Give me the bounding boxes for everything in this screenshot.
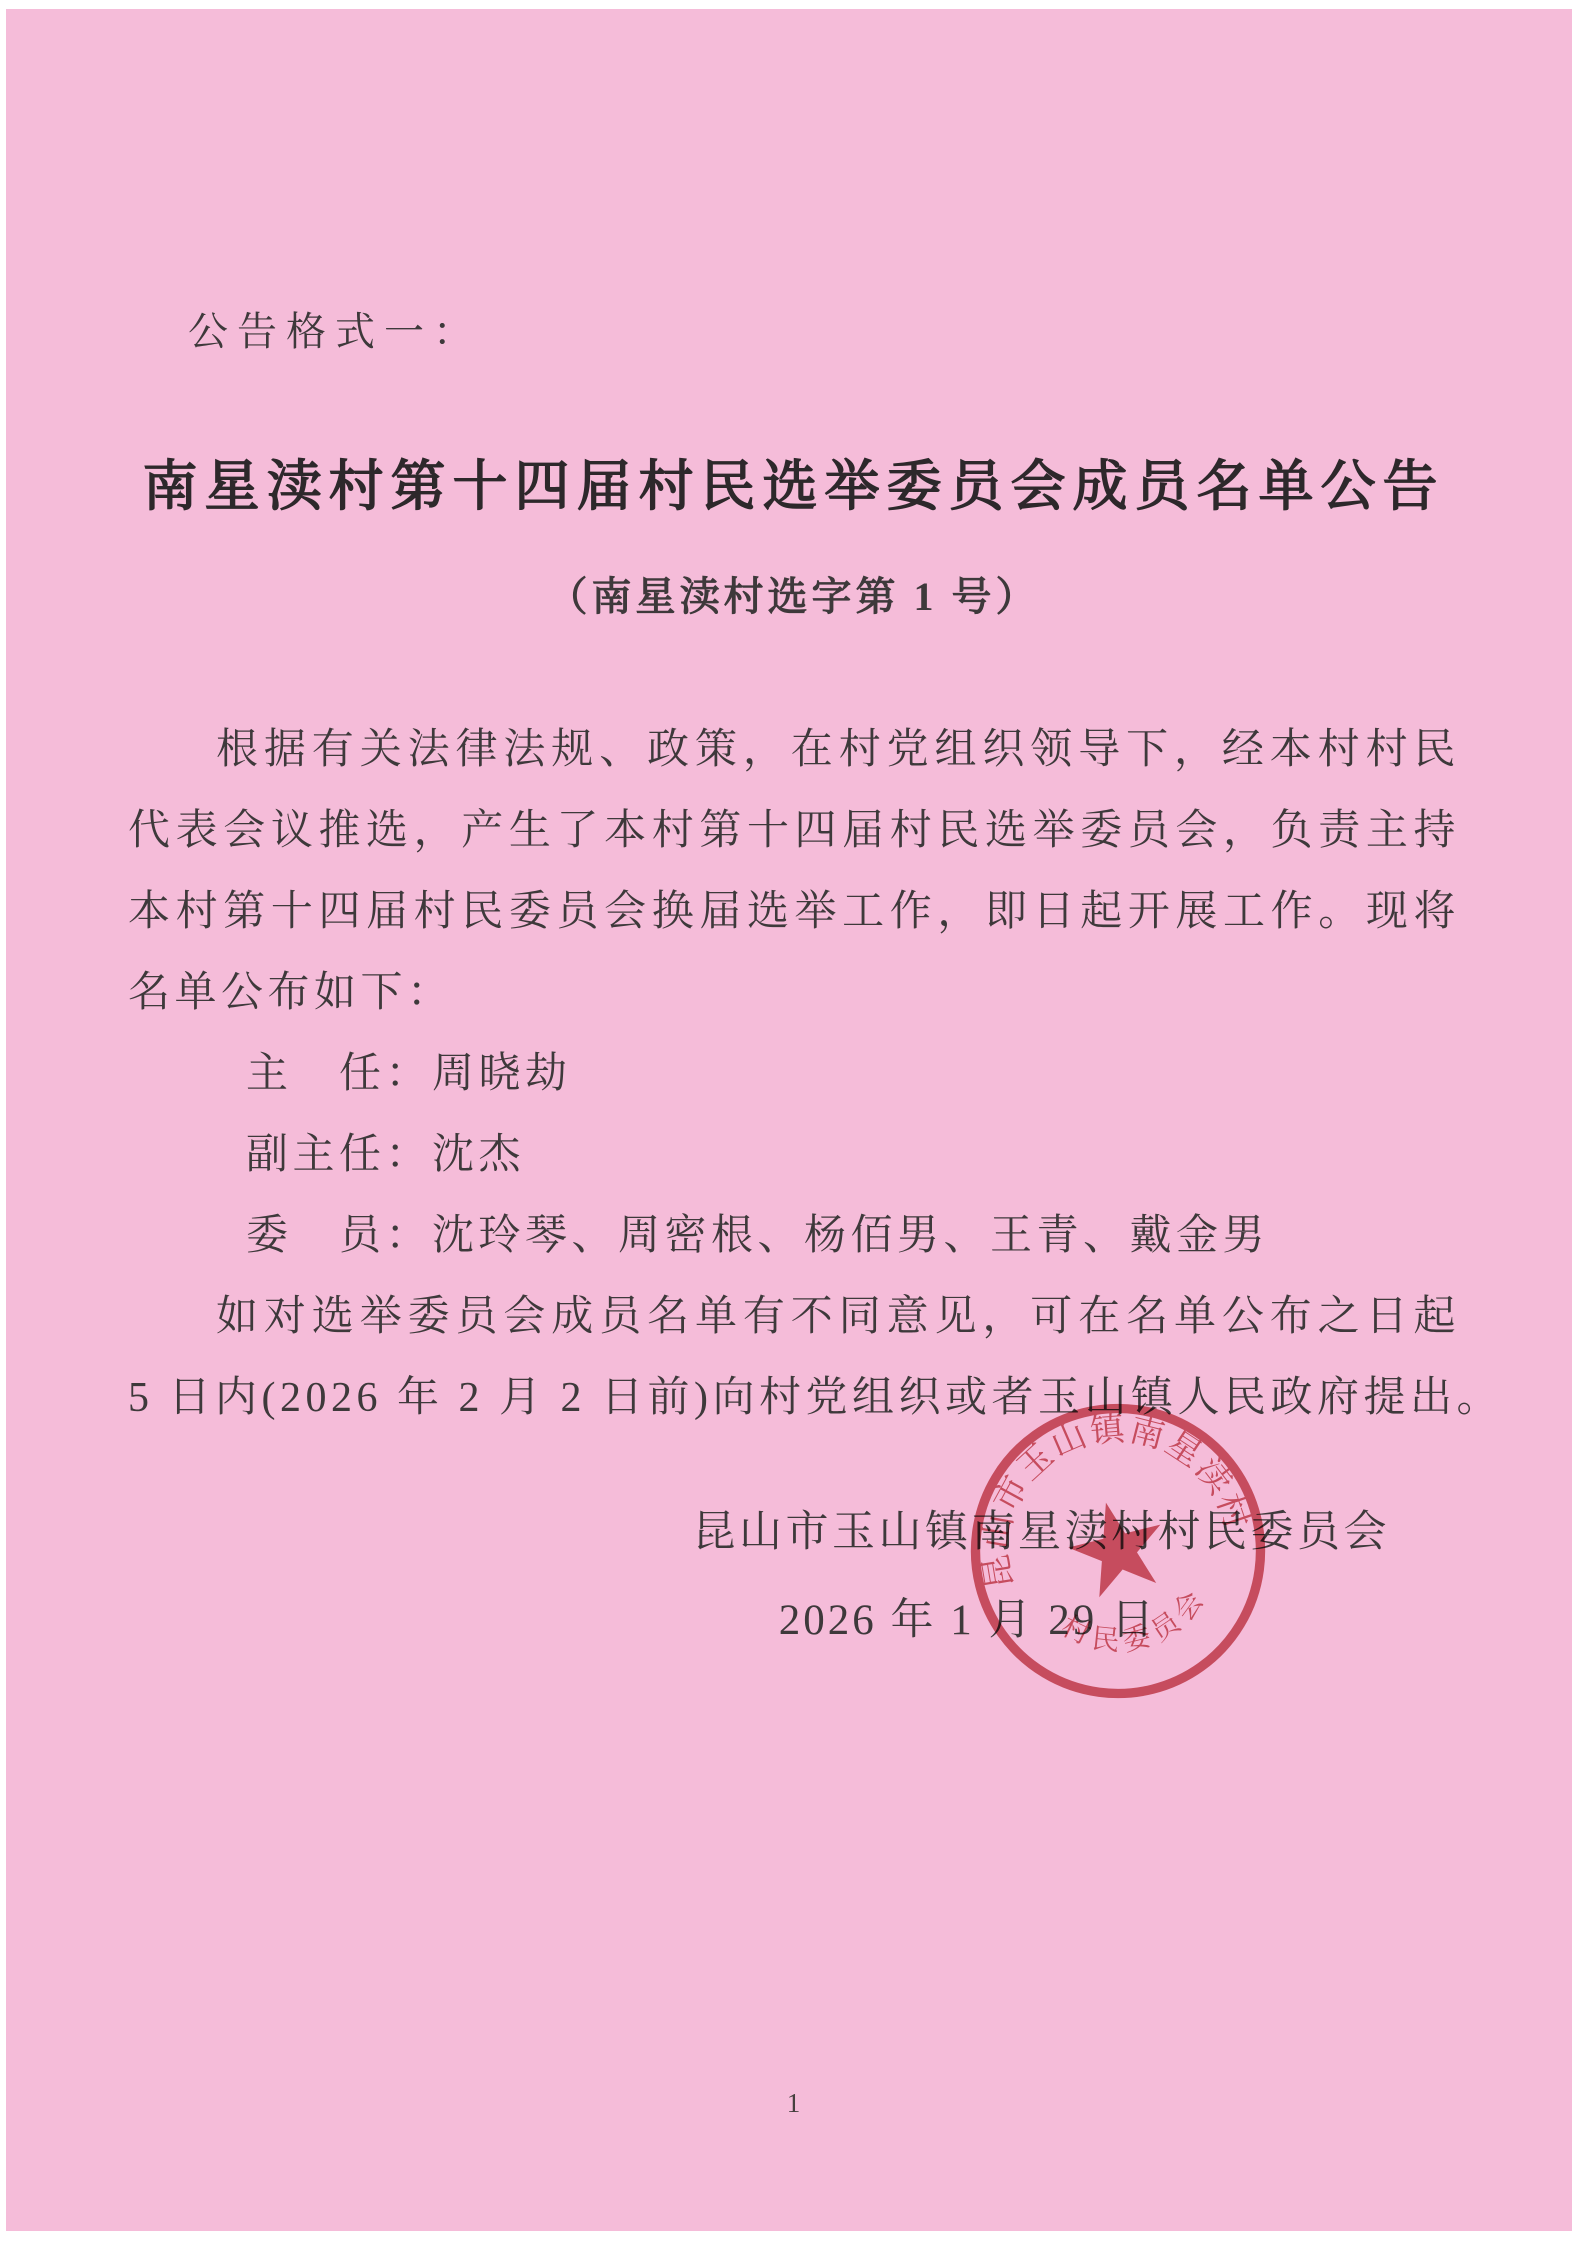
member-names: 沈杰: [432, 1132, 525, 1178]
scanned-announcement-page: 公告格式一： 南星渎村第十四届村民选举委员会成员名单公告 （南星渎村选字第 1 …: [0, 0, 1587, 2242]
format-label: 公告格式一：: [188, 302, 482, 362]
member-role-label: 主 任：: [246, 1051, 432, 1097]
member-role-label: 副主任：: [246, 1132, 432, 1178]
body-line: 本村第十四届村民委员会换届选举工作，即日起开展工作。现将: [128, 872, 1460, 953]
member-names: 沈玲琴、周密根、杨佰男、王青、戴金男: [432, 1213, 1269, 1259]
page-number: 1: [0, 2088, 1587, 2119]
announcement-title: 南星渎村第十四届村民选举委员会成员名单公告: [0, 442, 1587, 521]
official-seal: 昆山市玉山镇南星渎村 村民委员会: [962, 1395, 1274, 1707]
objection-line: 如对选举委员会成员名单有不同意见，可在名单公布之日起: [128, 1277, 1460, 1358]
seal-bottom-text: 村民委员会: [1050, 1576, 1222, 1674]
member-role-label: 委 员：: [246, 1213, 432, 1259]
issuer-signature: 昆山市玉山镇南星渎村村民委员会: [0, 1500, 1587, 1566]
body-line: 名单公布如下：: [128, 953, 1460, 1034]
member-row-committee: 委 员：沈玲琴、周密根、杨佰男、王青、戴金男: [128, 1196, 1460, 1277]
member-names: 周晓劫: [432, 1051, 572, 1097]
body-line: 代表会议推选，产生了本村第十四届村民选举委员会，负责主持: [128, 791, 1460, 872]
document-number: （南星渎村选字第 1 号）: [0, 565, 1587, 622]
body-line: 根据有关法律法规、政策，在村党组织领导下，经本村村民: [128, 710, 1460, 791]
member-row-chairman: 主 任：周晓劫: [128, 1034, 1460, 1115]
member-row-vice-chairman: 副主任：沈杰: [128, 1115, 1460, 1196]
announcement-body: 根据有关法律法规、政策，在村党组织领导下，经本村村民 代表会议推选，产生了本村第…: [128, 710, 1460, 1439]
issue-date: 2026 年 1 月 29 日: [0, 1588, 1587, 1654]
seal-star-icon: [1060, 1491, 1174, 1602]
svg-text:村民委员会: 村民委员会: [1050, 1576, 1222, 1674]
